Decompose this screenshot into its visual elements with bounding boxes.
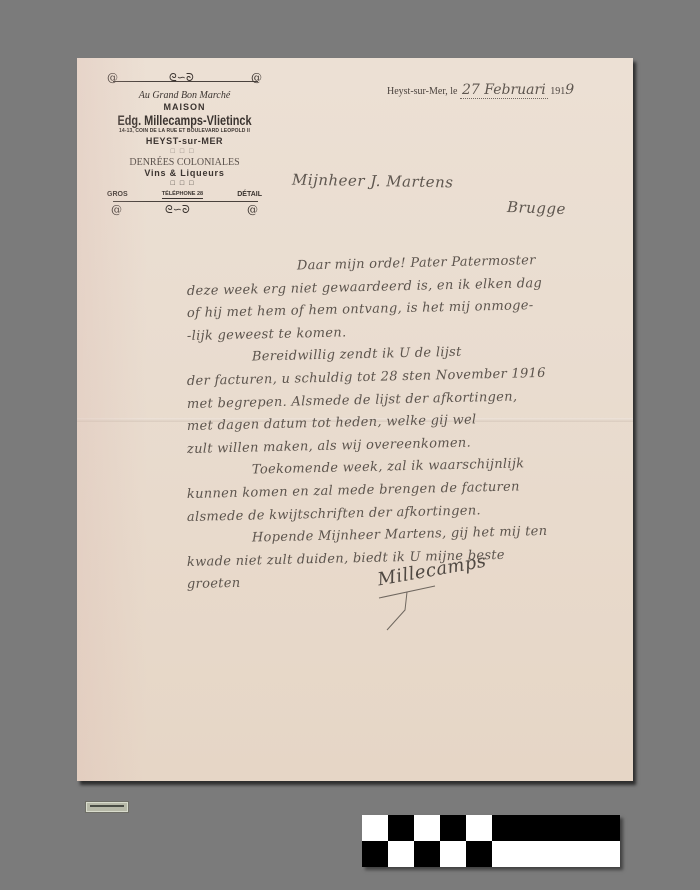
letter-paper: @ ᘓ∽ᘐ @ Au Grand Bon Marché MAISON Edg. …: [77, 58, 633, 781]
date-year-prefix: 191: [550, 86, 565, 97]
recipient-name: Mijnheer J. Martens: [292, 171, 454, 192]
letterhead-products-2: Vins & Liqueurs: [107, 168, 262, 178]
date-year-digit: 9: [565, 82, 574, 98]
letterhead-products-1: DENRÉES COLONIALES: [107, 157, 262, 168]
letterhead-squares-icon: □□□: [107, 180, 262, 187]
date-handwritten: 27 Februari: [462, 82, 546, 98]
letterhead-telephone: TÉLÉPHONE 28: [162, 191, 203, 199]
letterhead-tagline: Au Grand Bon Marché: [107, 90, 262, 101]
date-prefix: Heyst-sur-Mer, le: [387, 86, 458, 97]
scroll-ornament-icon: @: [247, 204, 258, 216]
signature-flourish-icon: [377, 578, 467, 638]
document-viewer: { "letterhead": { "tagline": "Au Grand B…: [0, 0, 700, 890]
letter-date: Heyst-sur-Mer, le 27 Februari 1919: [387, 82, 574, 99]
scroll-ornament-icon: ᘓ∽ᘐ: [169, 72, 194, 84]
letterhead: @ ᘓ∽ᘐ @ Au Grand Bon Marché MAISON Edg. …: [107, 72, 262, 215]
recipient-city: Brugge: [507, 198, 567, 218]
letterhead-company: Edg. Millecamps-Vlietinck: [108, 112, 260, 128]
letterhead-city: HEYST-sur-MER: [107, 136, 262, 146]
letterhead-squares-icon: □□□: [107, 148, 262, 155]
archive-label-tag: [86, 802, 128, 812]
letterhead-top-ornament: @ ᘓ∽ᘐ @: [107, 72, 262, 86]
letterhead-maison: MAISON: [107, 102, 262, 112]
letter-body: Daar mijn orde! Pater Patermoster deze w…: [187, 258, 632, 597]
scroll-ornament-icon: @: [107, 72, 118, 84]
letterhead-contact-row: GROS TÉLÉPHONE 28 DÉTAIL: [107, 191, 262, 199]
scroll-ornament-icon: @: [111, 204, 122, 216]
scroll-ornament-icon: @: [251, 72, 262, 84]
letterhead-bottom-ornament: @ ᘓ∽ᘐ @: [107, 201, 262, 215]
scale-bar: [362, 815, 620, 867]
letterhead-detail: DÉTAIL: [237, 191, 262, 199]
letterhead-address: 14-13, COIN DE LA RUE ET BOULEVARD LEOPO…: [99, 128, 270, 134]
scroll-ornament-icon: ᘓ∽ᘐ: [165, 204, 190, 216]
letterhead-gros: GROS: [107, 191, 128, 199]
